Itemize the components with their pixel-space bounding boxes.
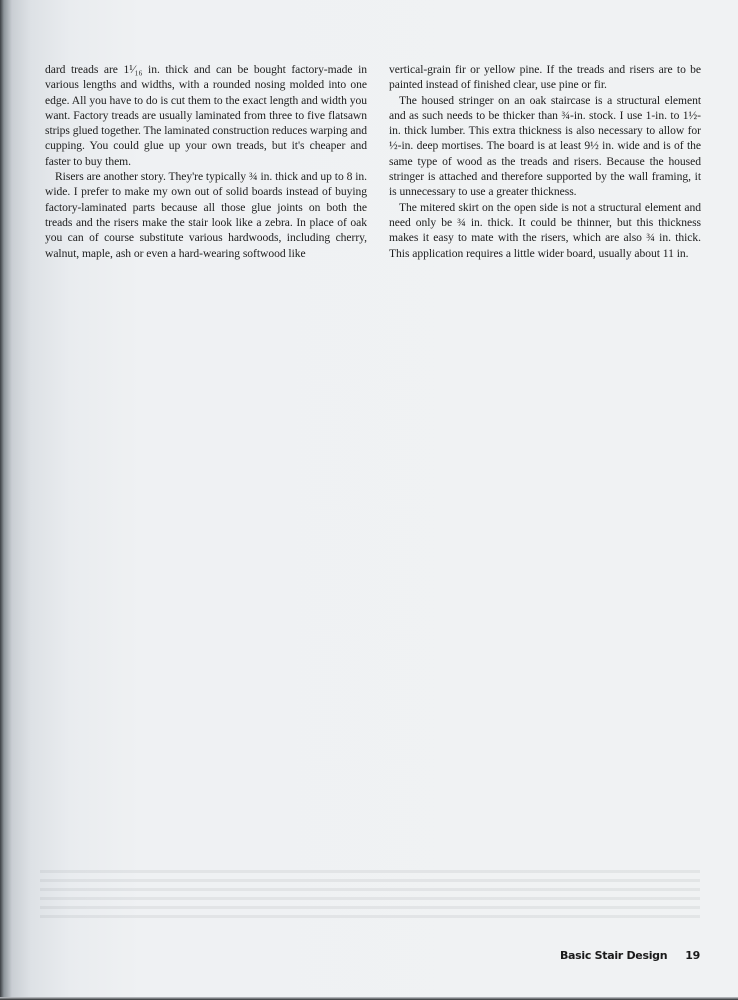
paragraph: The mitered skirt on the open side is no…: [389, 200, 701, 261]
paragraph: The housed stringer on an oak staircase …: [389, 93, 701, 200]
page-number: 19: [685, 949, 700, 962]
paragraph: dard treads are 1¹⁄₁₆ in. thick and can …: [45, 62, 367, 169]
bleed-through-text: [40, 870, 700, 920]
left-text-column: dard treads are 1¹⁄₁₆ in. thick and can …: [45, 62, 367, 261]
book-page: dard treads are 1¹⁄₁₆ in. thick and can …: [0, 0, 738, 1000]
right-text-column: vertical-grain fir or yellow pine. If th…: [389, 62, 701, 261]
running-footer-title: Basic Stair Design: [560, 949, 667, 962]
paragraph: vertical-grain fir or yellow pine. If th…: [389, 62, 701, 93]
paragraph: Risers are another story. They're typica…: [45, 169, 367, 261]
page-footer: Basic Stair Design 19: [560, 949, 700, 962]
